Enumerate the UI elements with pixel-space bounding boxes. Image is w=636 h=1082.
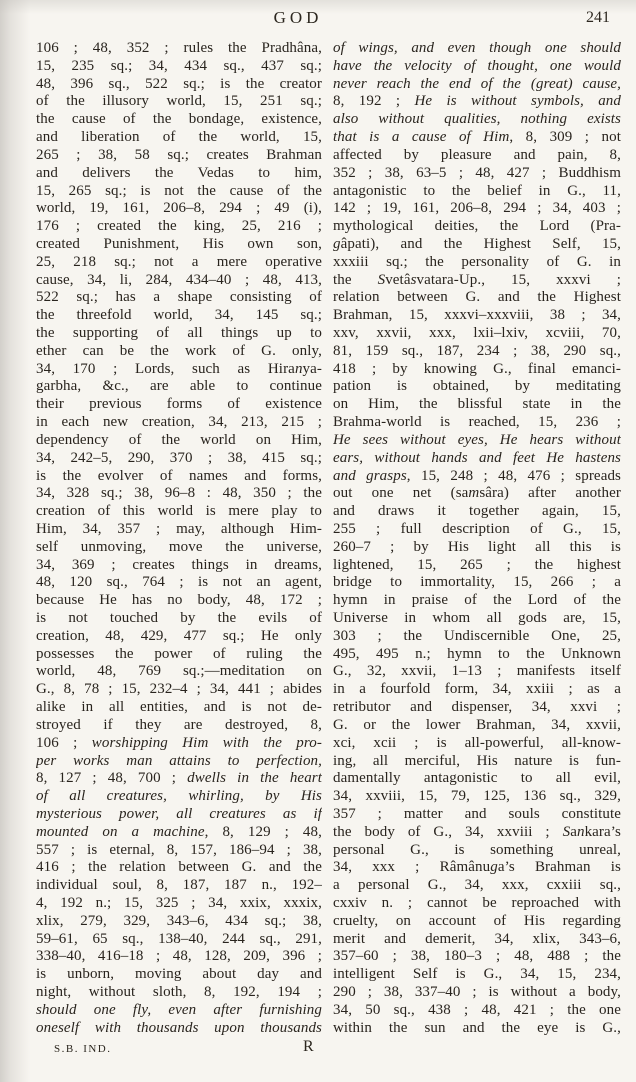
text-line: 34, xxviii, 15, 79, 125, 136 sq., 329, [333, 788, 621, 806]
text-line: is not touched by the evils of [36, 610, 322, 628]
text-line: 4, 192 n.; 15, 325 ; 34, xxix, xxxix, [36, 895, 322, 913]
text-line: possesses the power of ruling the [36, 646, 322, 664]
text-line: 176 ; created the king, 25, 216 ; [36, 218, 322, 236]
text-line: intelligent Self is G., 34, 15, 234, [333, 966, 621, 984]
text-line: 25, 218 sq.; not a mere operative [36, 254, 322, 272]
text-line: dependency of the world on Him, [36, 432, 322, 450]
text-line: 34, 369 ; creates things in dreams, [36, 557, 322, 575]
text-line: and liberation of the world, 15, [36, 129, 322, 147]
text-line: 15, 235 sq.; 34, 434 sq., 437 sq.; [36, 58, 322, 76]
text-line: antagonistic to the belief in G., 11, [333, 183, 621, 201]
text-line: 59–61, 65 sq., 138–40, 244 sq., 291, [36, 931, 322, 949]
text-line: 8, 127 ; 48, 700 ; dwells in the heart [36, 770, 322, 788]
text-line: gâpati), and the Highest Self, 15, [333, 236, 621, 254]
text-line: ether can be the work of G. only, [36, 343, 322, 361]
text-line: individual soul, 8, 187, 187 n., 192– [36, 877, 322, 895]
text-line: the Svetâsvatara-Up., 15, xxxvi ; [333, 272, 621, 290]
text-line: in each new creation, 34, 213, 215 ; [36, 414, 322, 432]
text-line: per works man attains to perfection, [36, 753, 322, 771]
text-line: should one fly, even after furnishing [36, 1002, 322, 1020]
text-line: Brahman, 15, xxxvi–xxxviii, 38 ; 34, [333, 307, 621, 325]
text-line: cxxiv n. ; cannot be reproached with [333, 895, 621, 913]
text-line: alike in all entities, and is not de- [36, 699, 322, 717]
text-line: xlix, 279, 329, 343–6, 434 sq.; 38, [36, 913, 322, 931]
text-line: stroyed if they are destroyed, 8, [36, 717, 322, 735]
text-line: 106 ; 48, 352 ; rules the Pradhâna, [36, 40, 322, 58]
text-line: 15, 265 sq.; is not the cause of the [36, 183, 322, 201]
text-line: 357–60 ; 38, 180–3 ; 48, 488 ; the [333, 948, 621, 966]
text-line: 106 ; worshipping Him with the pro- [36, 735, 322, 753]
text-line: garbha, &c., are able to continue [36, 378, 322, 396]
gathering-mark: R [303, 1038, 314, 1056]
text-line: of all creatures, whirling, by His [36, 788, 322, 806]
text-line: ing, all merciful, His nature is fun- [333, 753, 621, 771]
text-line: 522 sq.; has a shape consisting of [36, 289, 322, 307]
text-line: because He has no body, 48, 172 ; [36, 592, 322, 610]
text-line: oneself with thousands upon thousands [36, 1020, 322, 1038]
text-line: 495, 495 n.; hymn to the Unknown [333, 646, 621, 664]
text-line: self unmoving, move the universe, [36, 539, 322, 557]
text-line: 34, 328 sq.; 38, 96–8 : 48, 350 ; the [36, 485, 322, 503]
text-line: Him, 34, 357 ; may, although Him- [36, 521, 322, 539]
text-line: 34, 170 ; Lords, such as Hiranya- [36, 361, 322, 379]
text-line: 338–40, 416–18 ; 48, 128, 209, 396 ; [36, 948, 322, 966]
text-line: ears, without hands and feet He hastens [333, 450, 621, 468]
text-line: cruelty, on account of His regarding [333, 913, 621, 931]
text-line: damentally antagonistic to all evil, [333, 770, 621, 788]
text-line: affected by pleasure and pain, 8, [333, 147, 621, 165]
text-line: is unborn, moving about day and [36, 966, 322, 984]
text-line: in a fourfold form, 34, xxiii ; as a [333, 681, 621, 699]
text-line: mythological deities, the Lord (Pra- [333, 218, 621, 236]
text-line: mysterious power, all creatures as if [36, 806, 322, 824]
text-line: 48, 120 sq., 764 ; is not an agent, [36, 574, 322, 592]
text-line: merit and demerit, 34, xlix, 343–6, [333, 931, 621, 949]
text-line: 290 ; 38, 337–40 ; is without a body, [333, 984, 621, 1002]
text-line: world, 19, 161, 206–8, 294 ; 49 (i), [36, 200, 322, 218]
text-line: that is a cause of Him, 8, 309 ; not [333, 129, 621, 147]
text-line: xxv, xxvii, xxx, lxii–lxiv, xcviii, 70, [333, 325, 621, 343]
text-line: creation, 48, 429, 477 sq.; He only [36, 628, 322, 646]
running-title: GOD [0, 8, 596, 28]
page-header: GOD 241 [0, 8, 636, 32]
text-line: is the evolver of names and forms, [36, 468, 322, 486]
text-line: created Punishment, His own son, [36, 236, 322, 254]
text-line: cause, 34, li, 284, 434–40 ; 48, 413, [36, 272, 322, 290]
text-line: Universe in whom all gods are, 15, [333, 610, 621, 628]
text-line: 265 ; 38, 58 sq.; creates Brahman [36, 147, 322, 165]
scan-edge-shadow [0, 0, 30, 1082]
text-line: retributor and dispenser, 34, xxvi ; [333, 699, 621, 717]
text-line: relation between G. and the Highest [333, 289, 621, 307]
text-line: on Him, the blissful state in the [333, 396, 621, 414]
text-line: within the sun and the eye is G., [333, 1020, 621, 1038]
text-line: 255 ; full description of G., 15, [333, 521, 621, 539]
text-line: mounted on a machine, 8, 129 ; 48, [36, 824, 322, 842]
text-line: bridge to immortality, 15, 266 ; a [333, 574, 621, 592]
text-line: lightened, 15, 265 ; the highest [333, 557, 621, 575]
text-line: creation of this world is mere play to [36, 503, 322, 521]
text-line: pation is obtained, by meditating [333, 378, 621, 396]
text-line: and grasps, 15, 248 ; 48, 476 ; spreads [333, 468, 621, 486]
text-line: 34, xxx ; Râmânuga’s Brahman is [333, 859, 621, 877]
text-line: 418 ; by knowing G., final emanci- [333, 361, 621, 379]
left-column: 106 ; 48, 352 ; rules the Pradhâna,15, 2… [36, 40, 322, 1038]
text-line: out one net (samsâra) after another [333, 485, 621, 503]
text-line: their previous forms of existence [36, 396, 322, 414]
right-column: of wings, and even though one shouldhave… [333, 40, 621, 1038]
text-line: 142 ; 19, 161, 206–8, 294 ; 34, 403 ; [333, 200, 621, 218]
text-line: the threefold world, 34, 145 sq.; [36, 307, 322, 325]
page-number: 241 [586, 9, 610, 27]
text-line: G., 32, xxvii, 1–13 ; manifests itself [333, 663, 621, 681]
text-line: 557 ; is eternal, 8, 157, 186–94 ; 38, [36, 842, 322, 860]
text-line: of wings, and even though one should [333, 40, 621, 58]
text-line: and draws it together again, 15, [333, 503, 621, 521]
text-line: Brahma-world is reached, 15, 236 ; [333, 414, 621, 432]
text-line: G., 8, 78 ; 15, 232–4 ; 34, 441 ; abides [36, 681, 322, 699]
text-line: 352 ; 38, 63–5 ; 48, 427 ; Buddhism [333, 165, 621, 183]
text-line: G. or the lower Brahman, 34, xxvii, [333, 717, 621, 735]
text-line: world, 48, 769 sq.;—meditation on [36, 663, 322, 681]
series-signature: S.B. IND. [54, 1043, 112, 1055]
text-line: 416 ; the relation between G. and the [36, 859, 322, 877]
text-line: 34, 50 sq., 438 ; 48, 421 ; the one [333, 1002, 621, 1020]
text-line: 81, 159 sq., 187, 234 ; 38, 290 sq., [333, 343, 621, 361]
text-line: also without qualities, nothing exists [333, 111, 621, 129]
text-line: 8, 192 ; He is without symbols, and [333, 93, 621, 111]
text-line: He sees without eyes, He hears without [333, 432, 621, 450]
text-line: xci, xcii ; is all-powerful, all-know- [333, 735, 621, 753]
text-line: have the velocity of thought, one would [333, 58, 621, 76]
text-line: never reach the end of the (great) cause… [333, 76, 621, 94]
text-line: the body of G., 34, xxviii ; Sankara’s [333, 824, 621, 842]
text-line: 357 ; matter and souls constitute [333, 806, 621, 824]
text-line: and delivers the Vedas to him, [36, 165, 322, 183]
text-line: 34, 242–5, 290, 370 ; 38, 415 sq.; [36, 450, 322, 468]
text-line: 260–7 ; by His light all this is [333, 539, 621, 557]
text-line: 303 ; the Undiscernible One, 25, [333, 628, 621, 646]
text-line: of the illusory world, 15, 251 sq.; [36, 93, 322, 111]
text-line: the cause of the bondage, existence, [36, 111, 322, 129]
text-line: 48, 396 sq., 522 sq.; is the creator [36, 76, 322, 94]
text-line: night, without sloth, 8, 192, 194 ; [36, 984, 322, 1002]
text-line: personal G., is something unreal, [333, 842, 621, 860]
text-line: xxxiii sq.; the personality of G. in [333, 254, 621, 272]
text-line: the supporting of all things up to [36, 325, 322, 343]
text-line: hymn in praise of the Lord of the [333, 592, 621, 610]
text-line: a personal G., 34, xxx, cxxiii sq., [333, 877, 621, 895]
